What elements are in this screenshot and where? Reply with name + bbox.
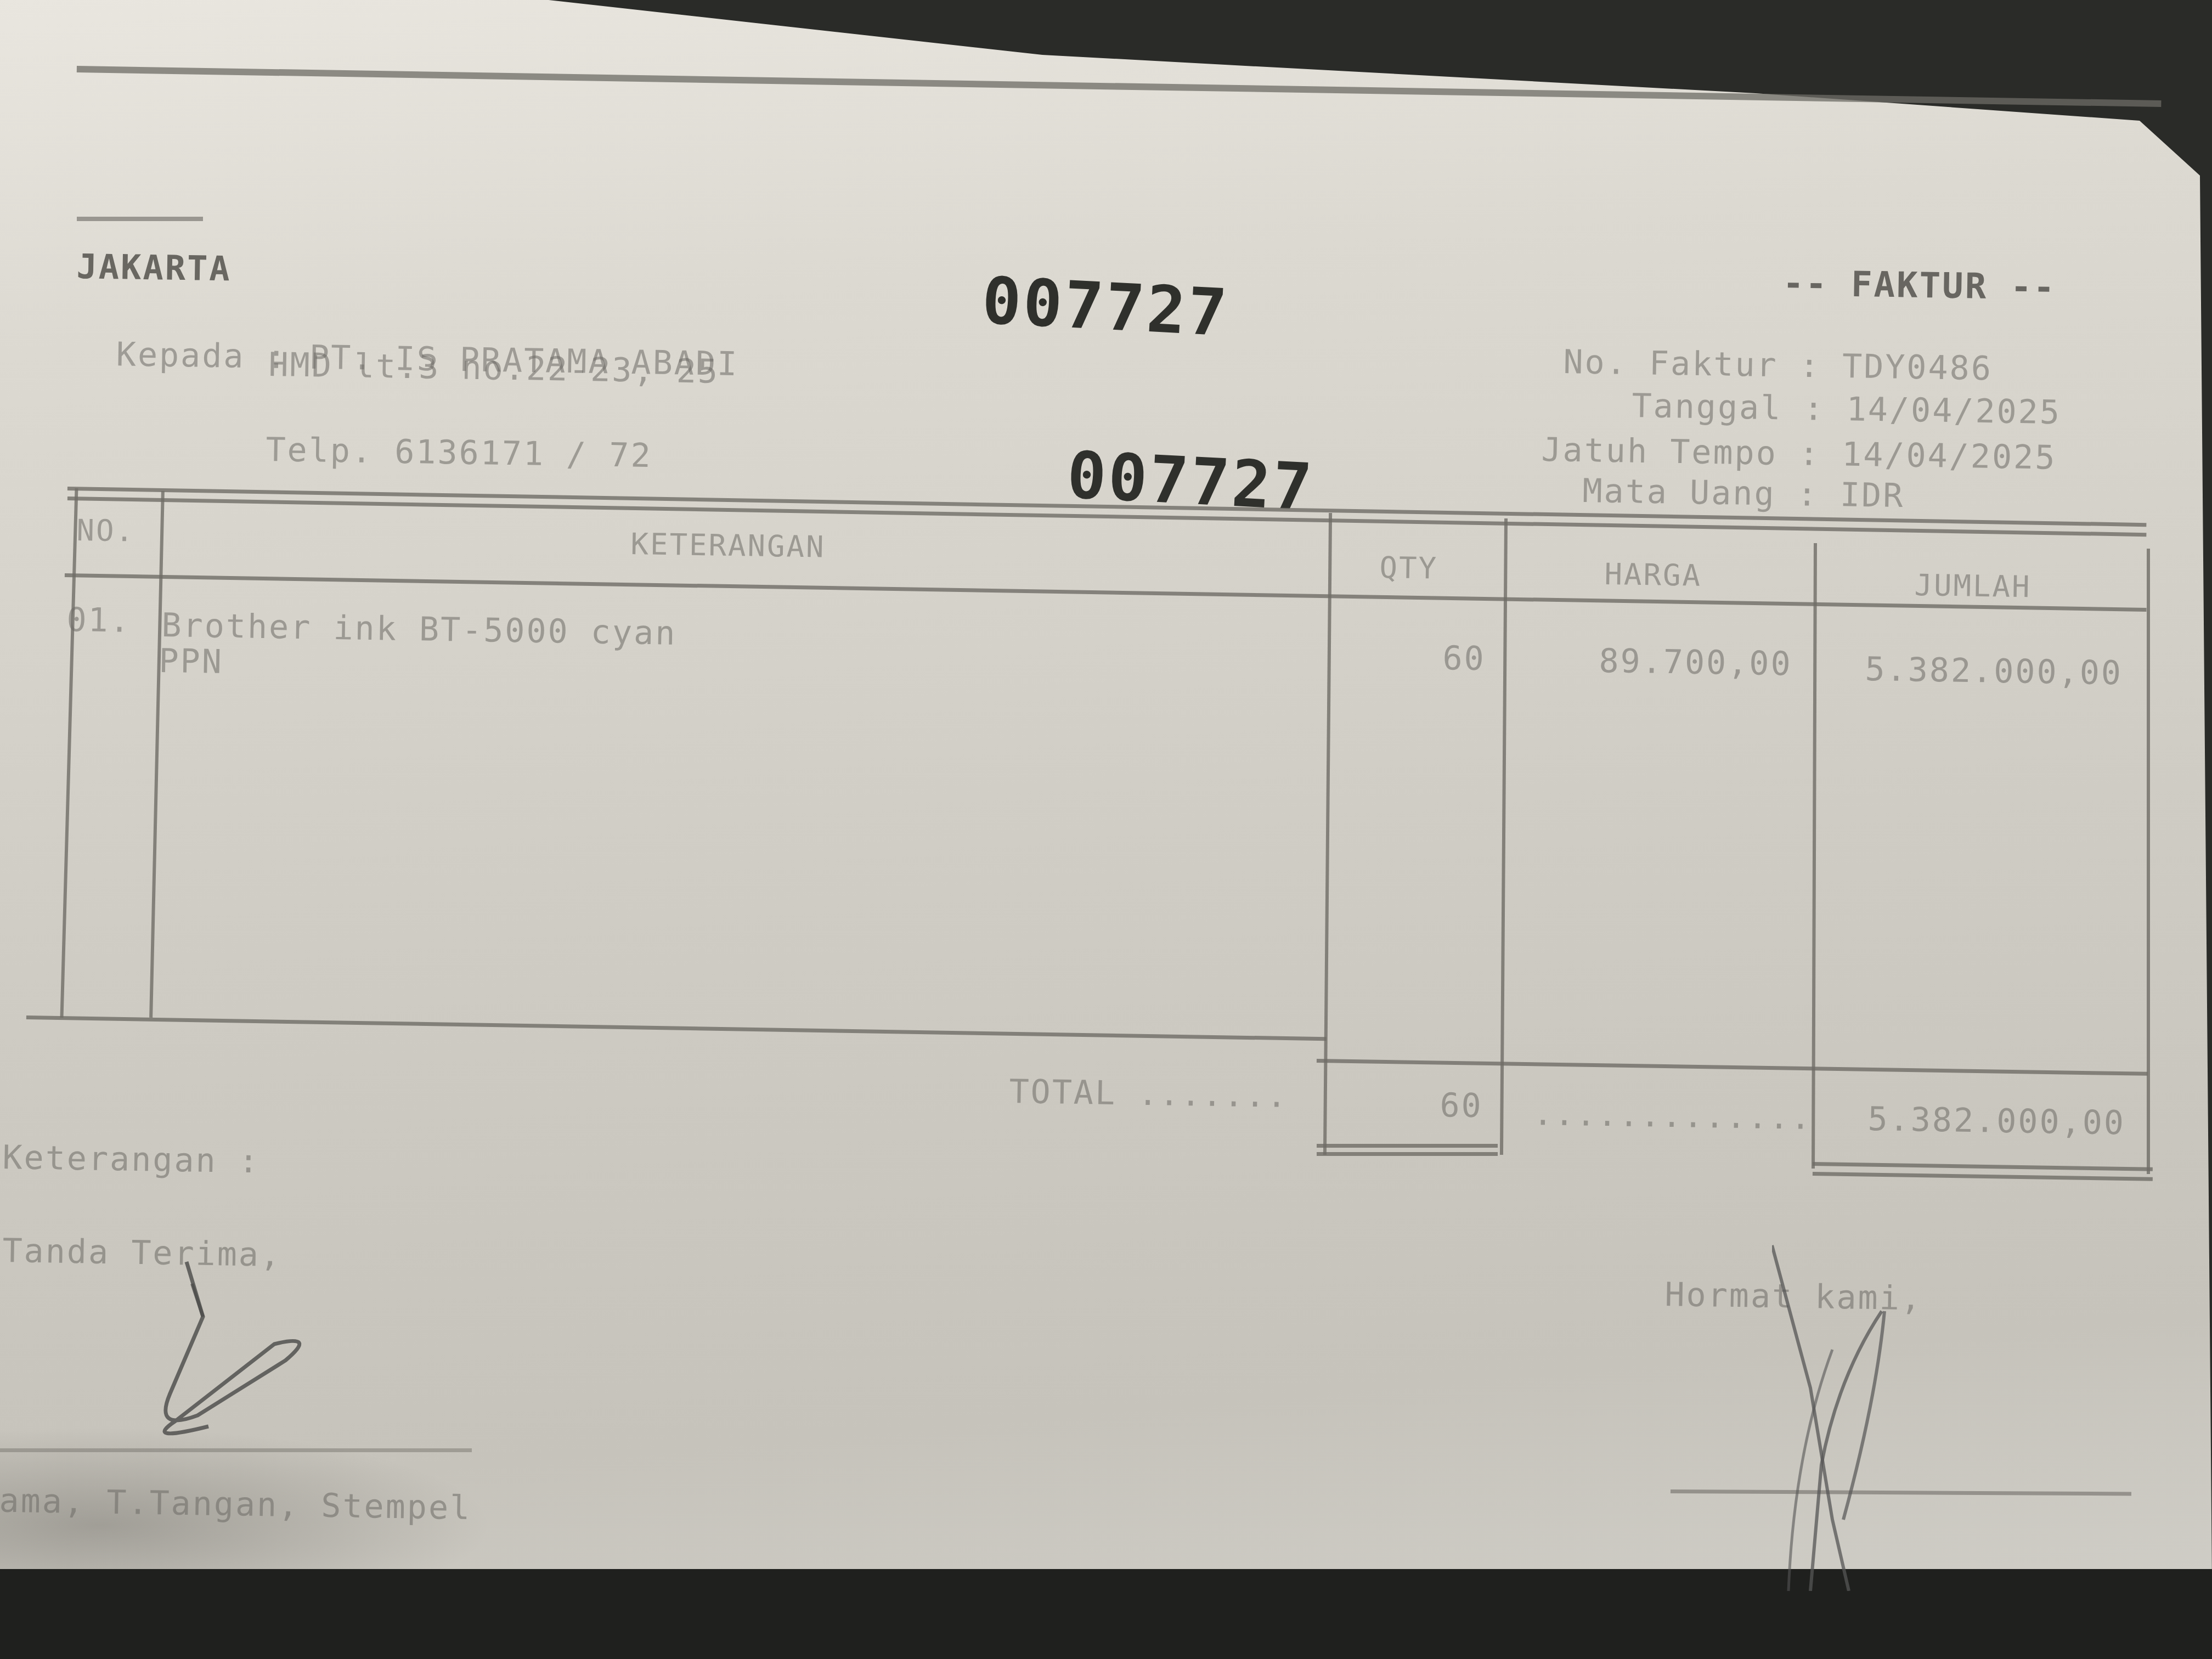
qty-total-underline (1317, 1144, 1498, 1148)
receipt-sign-caption: Nama, T.Tangan, Stempel (0, 1484, 472, 1525)
invoice-paper (0, 0, 2212, 1580)
header-dash (77, 217, 203, 221)
row-qty: 60 (1442, 642, 1486, 675)
recipient-phone: Telp. 6136171 / 72 (266, 433, 652, 472)
receipt-label: Tanda Terima, (2, 1234, 281, 1272)
table-right-border (2147, 549, 2150, 1174)
qty-total-underline-2 (1317, 1152, 1498, 1156)
row-description: Brother ink BT-5000 cyan (161, 609, 677, 650)
meta-value: IDR (1839, 476, 1904, 515)
serial-stamp-bottom: 007727 (1065, 437, 1316, 525)
meta-value: 14/04/2025 (1842, 436, 2057, 477)
document-title: -- FAKTUR -- (1782, 266, 2056, 306)
meta-row-invoice-no: No. Faktur : TDY0486 (1563, 346, 1993, 385)
sender-city: JAKARTA (76, 250, 232, 286)
total-amount: 5.382.000,00 (1867, 1103, 2125, 1139)
notes-label: Keterangan : (2, 1141, 260, 1178)
receipt-signature-line (0, 1448, 472, 1452)
row-no: 01. (66, 603, 131, 637)
col-header-qty: QTY (1379, 553, 1438, 584)
meta-label: No. Faktur (1563, 343, 1778, 385)
meta-value: TDY0486 (1842, 347, 1993, 388)
meta-value: 14/04/2025 (1846, 390, 2061, 432)
meta-row-due-date: Jatuh Tempo : 14/04/2025 (1541, 433, 2057, 475)
col-header-jumlah: JUMLAH (1914, 571, 2032, 602)
total-filler: ............. (1533, 1097, 1812, 1135)
col-header-no: NO. (76, 516, 135, 546)
total-qty: 60 (1440, 1089, 1483, 1122)
closing-text: Hormat kami, (1664, 1278, 1922, 1315)
row-price: 89.700,00 (1599, 645, 1792, 681)
meta-label: Jatuh Tempo (1541, 431, 1778, 473)
meta-row-date: Tanggal : 14/04/2025 (1632, 390, 2061, 429)
recipient-address: HMD lt.3 no.22-23, 25 (268, 348, 719, 388)
dark-background (0, 1569, 2212, 1659)
meta-label: Mata Uang (1582, 472, 1776, 513)
row-tax-line: PPN (159, 645, 223, 679)
total-label: TOTAL ....... (1009, 1075, 1288, 1113)
serial-stamp-top: 007727 (980, 262, 1231, 351)
meta-row-currency: Mata Uang : IDR (1582, 475, 1905, 512)
meta-label: Tanggal (1632, 387, 1782, 427)
row-amount: 5.382.000,00 (1865, 653, 2123, 690)
col-header-harga: HARGA (1604, 560, 1702, 591)
recipient-label: Kepada (116, 335, 245, 376)
col-header-keterangan: KETERANGAN (630, 529, 826, 562)
